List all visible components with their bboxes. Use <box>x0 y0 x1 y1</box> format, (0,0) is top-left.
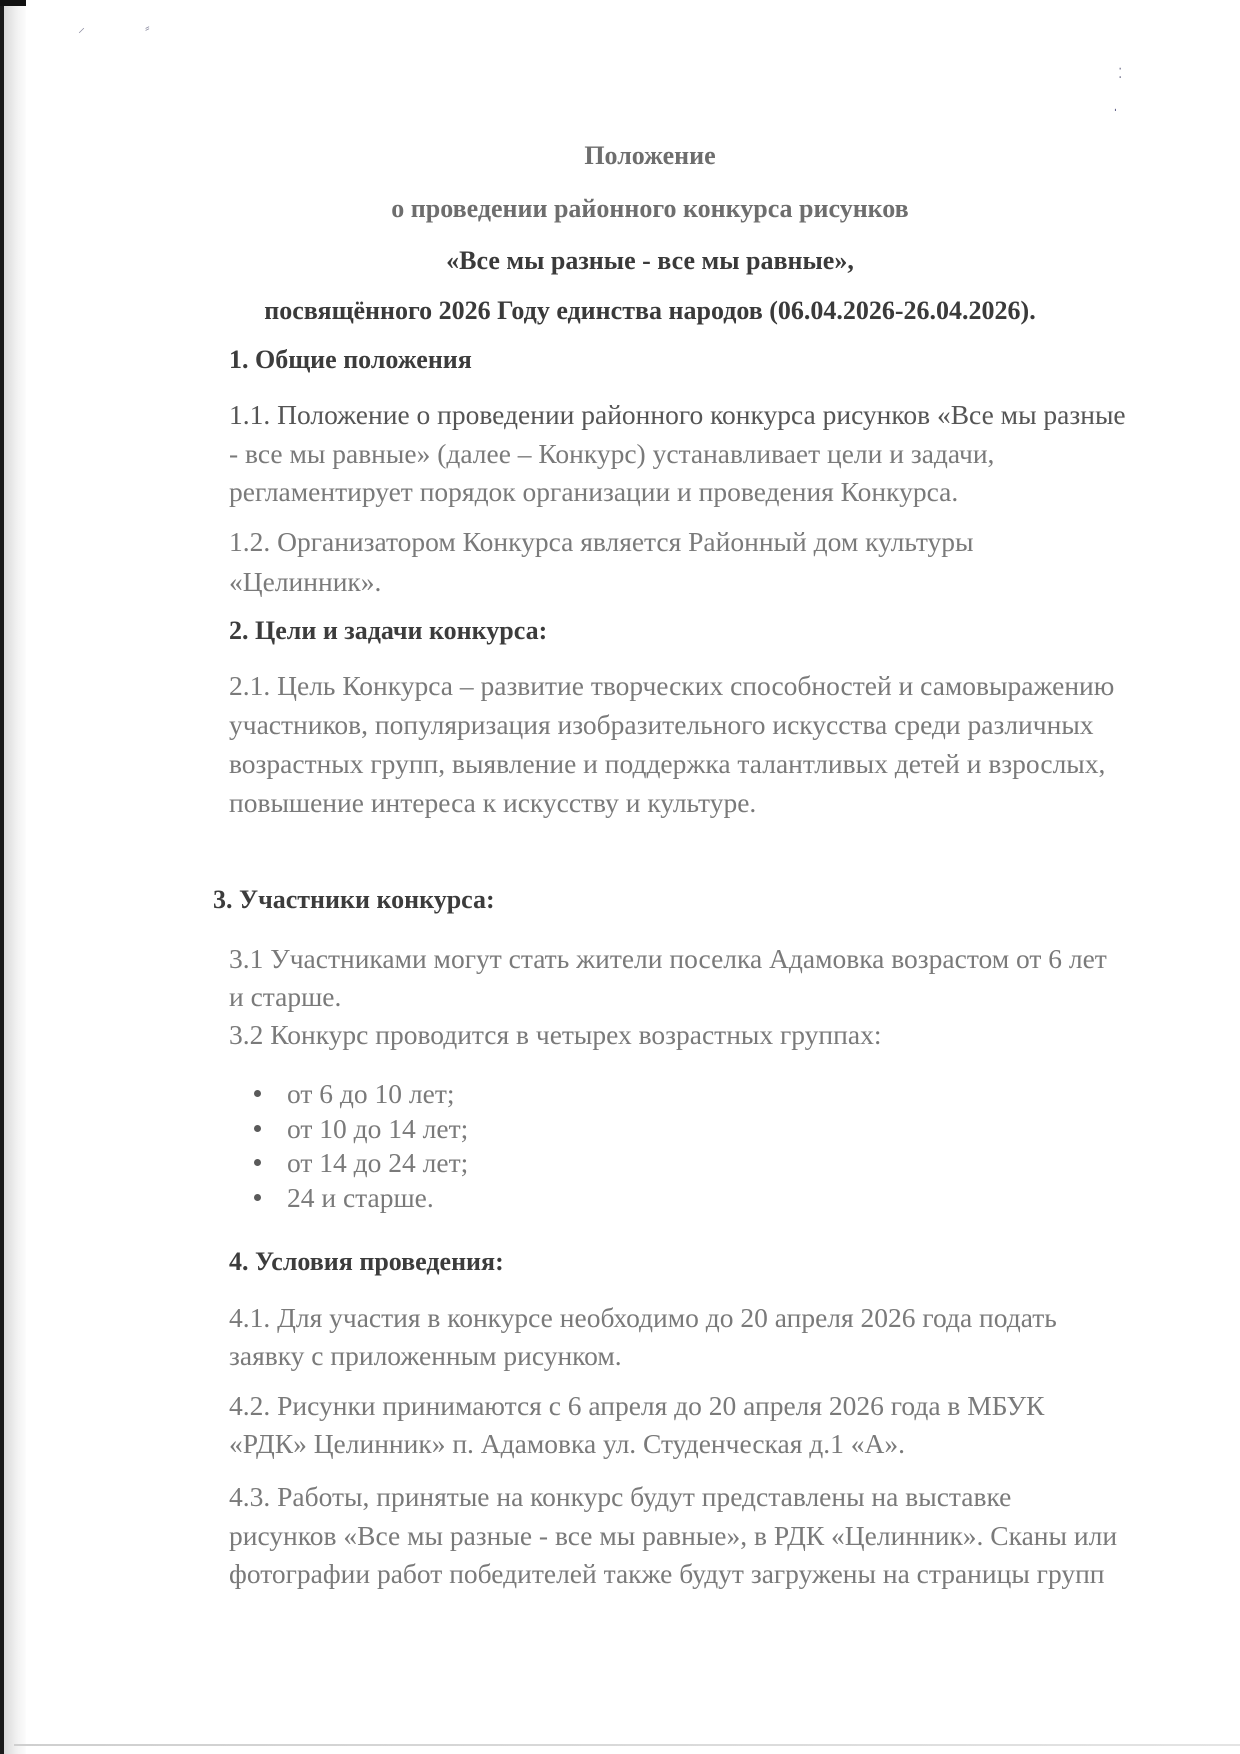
paragraph-line: повышение интереса к искусству и культур… <box>229 789 756 817</box>
paragraph-line: участников, популяризация изобразительно… <box>229 711 1094 739</box>
paragraph-line: 4.1. Для участия в конкурсе необходимо д… <box>229 1304 1057 1332</box>
paragraph-line: и старше. <box>229 983 341 1011</box>
document-title: Положение <box>0 143 1240 169</box>
list-item: от 6 до 10 лет; <box>287 1080 454 1108</box>
bullet-icon <box>254 1194 261 1201</box>
paragraph-line: 4.2. Рисунки принимаются с 6 апреля до 2… <box>229 1392 1044 1420</box>
bullet-icon <box>254 1090 261 1097</box>
paragraph-line: регламентирует порядок организации и про… <box>229 478 958 506</box>
list-item: от 14 до 24 лет; <box>287 1149 468 1177</box>
paragraph-line: возрастных групп, выявление и поддержка … <box>229 750 1105 778</box>
scan-bottom-edge <box>14 1744 1240 1746</box>
paragraph-line: 1.2. Организатором Конкурса является Рай… <box>229 528 973 556</box>
paragraph-line: «Целинник». <box>229 568 381 596</box>
paragraph-line: заявку с приложенным рисунком. <box>229 1342 622 1370</box>
scan-speck: ⸝ <box>78 22 85 36</box>
paragraph-line: фотографии работ победителей также будут… <box>229 1560 1105 1588</box>
scan-speck: ˌ <box>1113 98 1118 112</box>
paragraph-line: рисунков «Все мы разные - все мы равные»… <box>229 1522 1117 1550</box>
scan-corner-mark <box>0 0 26 6</box>
paragraph-line: - все мы равные» (далее – Конкурс) устан… <box>229 440 994 468</box>
scan-speck: ⸗ <box>145 22 150 36</box>
contest-name: «Все мы разные - все мы равные», <box>0 248 1240 274</box>
document-subtitle: о проведении районного конкурса рисунков <box>0 196 1240 222</box>
section-heading-1: 1. Общие положения <box>229 347 472 373</box>
section-heading-3: 3. Участники конкурса: <box>213 887 495 913</box>
dedication-line: посвящённого 2026 Году единства народов … <box>0 298 1240 324</box>
bullet-icon <box>254 1159 261 1166</box>
section-heading-4: 4. Условия проведения: <box>229 1249 504 1275</box>
paragraph-line: «РДК» Целинник» п. Адамовка ул. Студенче… <box>229 1430 905 1458</box>
paragraph-line: 3.2 Конкурс проводится в четырех возраст… <box>229 1021 881 1049</box>
bullet-icon <box>254 1125 261 1132</box>
list-item: от 10 до 14 лет; <box>287 1115 468 1143</box>
paragraph-line: 1.1. Положение о проведении районного ко… <box>229 401 1126 429</box>
paragraph-line: 4.3. Работы, принятые на конкурс будут п… <box>229 1483 1011 1511</box>
section-heading-2: 2. Цели и задачи конкурса: <box>229 618 547 644</box>
paragraph-line: 2.1. Цель Конкурса – развитие творческих… <box>229 672 1114 700</box>
list-item: 24 и старше. <box>287 1184 434 1212</box>
paragraph-line: 3.1 Участниками могут стать жители посел… <box>229 945 1107 973</box>
scan-speck: ⁚ <box>1118 68 1122 82</box>
